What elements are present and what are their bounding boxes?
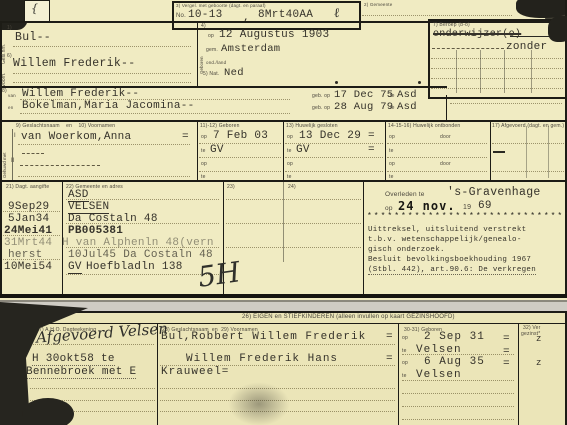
dotted-line [226,223,361,224]
dotted-line [402,354,514,355]
fill-mark: = [386,353,393,365]
geb-op-label: geb. op [312,105,330,111]
faint-grid-line [504,50,505,93]
overleden-label: Overleden te [385,191,425,198]
registration-code: 8Mrt40AA [258,9,313,21]
father-birth-place: Asd [397,89,417,101]
year-prefix: 19 [463,204,471,211]
child-name-continued: Krauweel= [161,366,229,378]
address-entry: Hoefbladln 138 [86,261,183,273]
mother-name: Bokelman,Maria Jacomina-- [22,100,195,112]
child-born-date: 2 Sep 31 [424,331,485,343]
birth-date: 12 Augustus 1903 [219,29,329,41]
header-name: 9) Geslachtsnaam en 10) Voornamen [16,123,115,129]
fingerprint-smudge [228,382,290,425]
notice-line: gisch onderzoek. [368,246,445,254]
border-line [363,182,364,296]
notice-line: t.b.v. wetenschappelijk/genealo- [368,236,522,244]
typed-dash [22,153,44,154]
dotted-line [199,171,281,172]
spouse-born-place: GV [210,144,224,156]
address-prefix: GV [68,261,82,274]
fill-mark: = [503,346,510,358]
beroep-value: zonder [506,41,547,53]
death-date-stamp: 24 nov. [398,199,456,213]
firstnames-value: Willem Frederik-- [13,57,135,70]
asterisk-divider: ************************************ [367,212,567,221]
header-dissolved: 14-15-16) Huwelijk ontbonden [388,123,460,129]
dotted-line [387,157,487,158]
surname-value: Bul-- [15,31,51,44]
child-born-date: 6 Aug 35 [424,356,485,368]
dotted-line [13,73,191,74]
beroep-label: 7) Beroep (b-o) [433,22,470,28]
child-name: Willem Frederik Hans [186,353,338,365]
child-name: Bul,Robbert Willem Frederik [161,331,366,343]
death-place: 's-Gravenhage [447,186,541,199]
pen-squiggle: { [31,2,38,15]
dotted-line [387,143,487,144]
fill-mark: = [503,333,510,345]
te-label: te [390,105,395,111]
birth-place: Amsterdam [221,43,280,55]
dotted-line [3,211,60,212]
notice-line: Uittreksel, uitsluitend verstrekt [368,226,526,234]
border-line [197,120,198,180]
fill-mark: = [368,130,375,142]
border-line [490,120,491,180]
op-label: op [287,134,293,140]
dotted-line [20,113,290,114]
notice-line: Besluit bevolkingsboekhouding 1967 [368,256,531,264]
dotted-line [226,247,361,248]
dotted-line [3,259,60,260]
beroep-struck-value: onderwijzer(o) [433,29,521,40]
birth-side-label: Geboren [199,34,204,74]
fill-mark: = [182,131,189,143]
header-born: 11)-12) Geboren [200,123,240,129]
spouse-born-date: 7 Feb 03 [213,130,268,142]
door-label: door [440,161,451,167]
header-col23: 23) [227,184,235,190]
dotted-line [402,380,514,381]
address-entry: PB005381 [68,225,123,237]
marriage-date: 13 Dec 29 [299,130,361,142]
border-line [283,120,284,180]
header-removed: 17) Afgevoerd (dagt. en gem.) [492,123,564,129]
spouse-name: van Woerkom,Anna [21,131,131,143]
col32-value: z [536,358,542,368]
marriage-place: GV [296,144,310,156]
dotted-line [199,157,281,158]
dotted-line [362,15,512,16]
op-label: op [201,134,207,140]
border-line [398,323,399,425]
dotted-line [492,143,564,144]
dotted-line [20,99,290,100]
field-num-6: 6) [7,53,12,59]
dotted-line [387,171,487,172]
dotted-line [431,78,563,79]
typed-dash [20,165,100,166]
field-num-1: 1) [7,25,12,31]
faint-grid-line [283,182,284,262]
te-label: te [201,148,206,154]
register-date: 5Jan34 [8,213,49,225]
en-label: en [8,105,13,110]
dotted-line [402,393,514,394]
mother-birth-date: 28 Aug 79 [334,101,393,113]
border-line [12,129,13,180]
dotted-line [492,171,564,172]
gehuwd-met-side-label: Gehuwd met [2,130,7,178]
dotted-line [226,199,361,200]
border-line [446,95,447,120]
door-label: door [440,134,451,140]
border-line [518,323,519,425]
dotted-line [66,223,219,224]
row-numeral: I [14,133,16,139]
mother-birth-place: Asd [397,101,417,113]
border-line [18,311,567,313]
faint-grid-line [531,50,532,93]
op-label: op [287,161,293,167]
father-birth-date: 17 Dec 75 [334,89,393,101]
faint-grid-line [456,50,457,93]
op-label: op [201,161,207,167]
header-dagt-aangifte: 21) Dagt. aangifte [6,184,49,190]
dotted-line [431,58,563,59]
dotted-line [3,235,60,236]
ink-blotch [548,16,567,42]
firstnames-side-label: Voorn. [1,57,7,87]
dotted-line [18,176,190,177]
op-label: op [389,161,395,167]
row-numeral: II [11,158,15,164]
te-label: te [287,148,292,154]
register-date: 31Mrt44 [4,237,52,249]
fill-mark: = [368,144,375,156]
typed-dash [493,151,505,153]
dotted-line [285,157,383,158]
border-line [197,21,198,87]
field-num-4: 4) [201,23,206,29]
register-date: 10Mei54 [4,261,52,273]
death-year: 69 [478,200,492,212]
dotted-line [431,88,563,89]
header-col24: 24) [288,184,296,190]
nat-label: 5) Nat. [203,71,219,77]
dotted-line [160,365,395,366]
vergel-label: 3) Vergel. met geboorte (dagt. en paraaf… [176,3,266,8]
ond-land-label: ond./land [206,60,226,65]
faint-grid-line [480,50,481,93]
dotted-line [402,419,514,420]
nationality-value: Ned [224,67,244,79]
dotted-line [13,46,191,47]
notice-line: (Stbl. 442), art.90.6: De verkregen [368,266,536,275]
fill-mark: = [503,358,510,370]
op-label: op [402,360,408,366]
dotted-line [199,143,281,144]
gem-label: gem. [206,47,218,53]
dotted-line [285,171,383,172]
gemeente-label: 2) Gemeente [364,2,392,7]
geb-op-label: geb. op [312,93,330,99]
op-label: op [208,33,214,39]
torn-scan-edge [0,302,100,425]
dotted-line [285,143,383,144]
op-label: op [402,335,408,341]
te-label: te [390,93,395,99]
dotted-line [431,68,563,69]
te-label: te [389,148,394,154]
dotted-line [160,344,395,345]
ink-speck [335,81,338,84]
card-number: 10-13 [188,9,223,21]
op-label: op [389,134,395,140]
children-section-title: 26) EIGEN en STIEFKINDEREN (alleen invul… [242,314,455,320]
van-label: van [8,93,16,98]
te-label: te [402,373,407,379]
border-line [157,323,158,425]
dotted-line [66,274,219,275]
dotted-line [402,406,514,407]
header-married: 13) Huwelijk gesloten [286,123,338,129]
strike-line [432,48,504,49]
no-label: No. [176,13,186,19]
dotted-line [66,199,219,200]
field-num-8: 8) [2,88,7,94]
dotted-line [13,82,191,83]
dotted-line [18,144,190,145]
scanned-person-card: { 3) Vergel. met geboorte (dagt. en para… [0,0,567,425]
handwritten-note: 5H [196,255,242,294]
col32-value: z [536,334,542,344]
op-label: op [385,205,393,212]
border-line [385,120,386,180]
card-bottom-edge [0,294,567,298]
address-entry: 10Jul45 Da Costaln 48 [68,249,213,261]
fill-mark: = [386,331,393,343]
dotted-line [66,247,219,248]
ink-speck [418,81,421,84]
dotted-line [450,103,562,104]
